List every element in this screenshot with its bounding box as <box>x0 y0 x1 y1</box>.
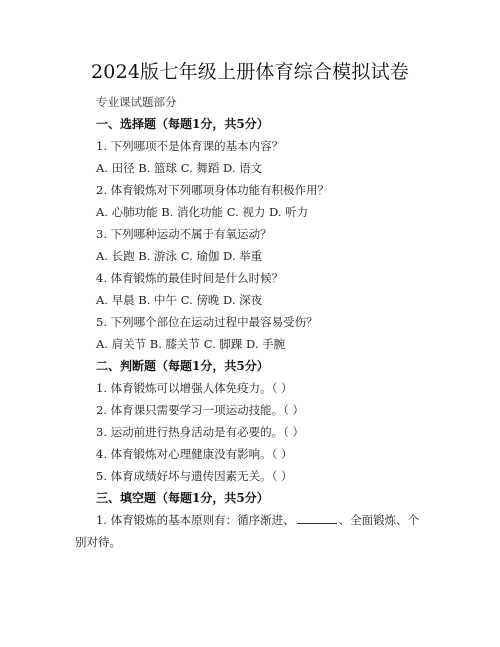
choice-options-4: A. 早晨 B. 中午 C. 傍晚 D. 深夜 <box>96 292 262 308</box>
choice-options-2: A. 心肺功能 B. 消化功能 C. 视力 D. 听力 <box>96 204 308 220</box>
fill-blank-question-1: 1. 体育锻炼的基本原则有：循序渐进、、全面锻炼、个别对待。 <box>75 509 425 553</box>
choice-question-4: 4. 体育锻炼的最佳时间是什么时候？ <box>96 270 283 286</box>
judgment-question-2: 2. 体育课只需要学习一项运动技能。（ ） <box>96 402 304 418</box>
section-heading-choice: 一、选择题（每题1分，共5分） <box>96 116 269 132</box>
choice-question-1: 1. 下列哪项不是体育课的基本内容？ <box>96 138 283 154</box>
document-title: 2024版七年级上册体育综合模拟试卷 <box>0 58 500 86</box>
choice-options-5: A. 肩关节 B. 膝关节 C. 脚踝 D. 手腕 <box>96 336 285 352</box>
judgment-question-3: 3. 运动前进行热身活动是有必要的。（ ） <box>96 424 304 440</box>
choice-options-3: A. 长跑 B. 游泳 C. 瑜伽 D. 举重 <box>96 248 262 264</box>
section-heading-fill-blank: 三、填空题（每题1分，共5分） <box>96 490 269 506</box>
fill-blank-text-before: 1. 体育锻炼的基本原则有：循序渐进、 <box>96 513 295 527</box>
judgment-question-5: 5. 体育成绩好坏与遗传因素无关。（ ） <box>96 468 293 484</box>
section-subtitle: 专业课试题部分 <box>96 94 177 110</box>
choice-question-5: 5. 下列哪个部位在运动过程中最容易受伤？ <box>96 314 318 330</box>
judgment-question-1: 1. 体育锻炼可以增强人体免疫力。（ ） <box>96 380 293 396</box>
section-heading-judgment: 二、判断题（每题1分，共5分） <box>96 358 269 374</box>
answer-blank <box>297 512 337 524</box>
choice-question-2: 2. 体育锻炼对下列哪项身体功能有积极作用？ <box>96 182 329 198</box>
choice-question-3: 3. 下列哪种运动不属于有氧运动？ <box>96 226 272 242</box>
judgment-question-4: 4. 体育锻炼对心理健康没有影响。（ ） <box>96 446 293 462</box>
document-page: 2024版七年级上册体育综合模拟试卷 专业课试题部分 一、选择题（每题1分，共5… <box>0 0 500 647</box>
choice-options-1: A. 田径 B. 篮球 C. 舞蹈 D. 语文 <box>96 160 262 176</box>
